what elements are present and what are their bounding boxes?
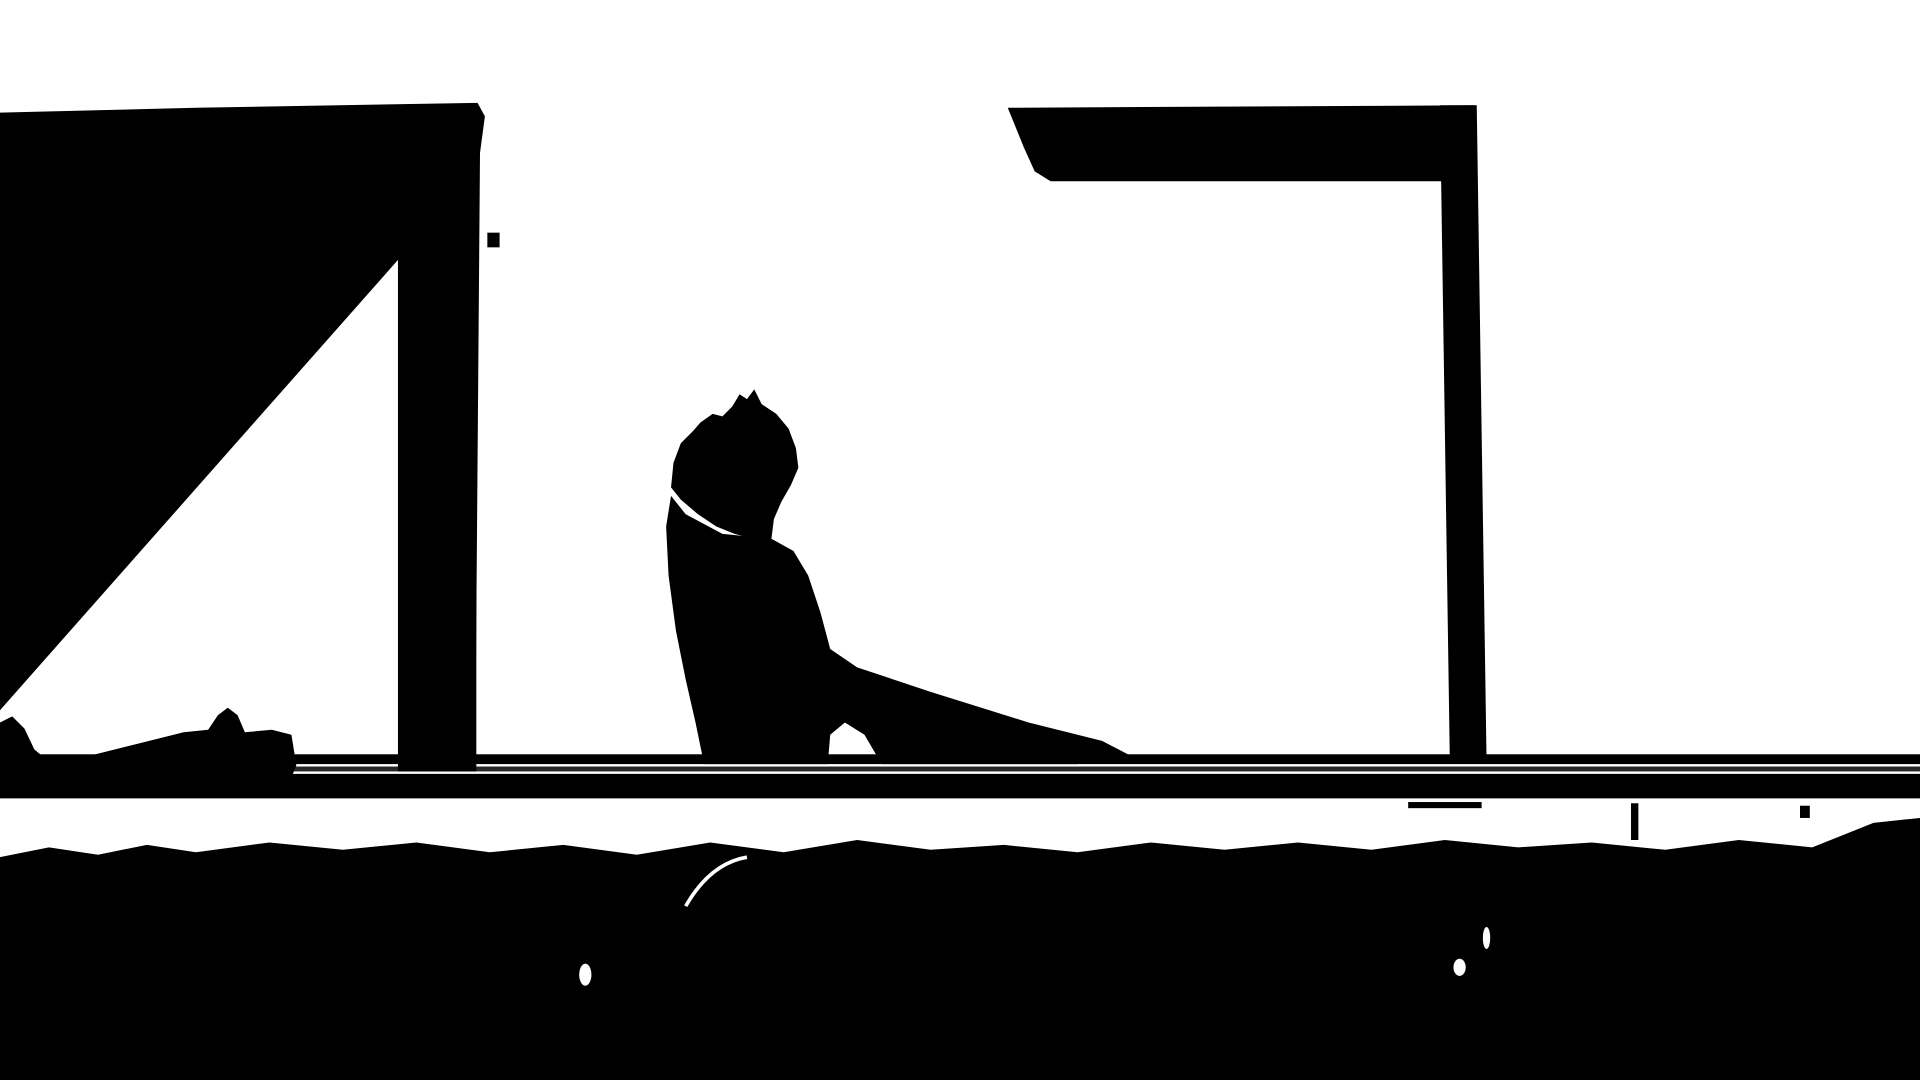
- silhouette-scene: [0, 0, 1920, 1080]
- ground-speck: [1453, 959, 1465, 976]
- left-structure-speck: [487, 233, 499, 248]
- ground-speck: [1483, 927, 1490, 949]
- strip-mark: [1631, 803, 1638, 840]
- strip-mark: [1800, 806, 1810, 818]
- left-structure-post: [398, 110, 476, 771]
- ground-speck: [579, 964, 591, 986]
- strip-mark: [1408, 802, 1481, 808]
- ground: [0, 818, 1920, 1080]
- ledge-top-line: [0, 754, 1920, 764]
- ledge-body: [0, 767, 1920, 772]
- ledge-lower-line: [0, 774, 1920, 798]
- right-frame-beam: [1008, 105, 1477, 181]
